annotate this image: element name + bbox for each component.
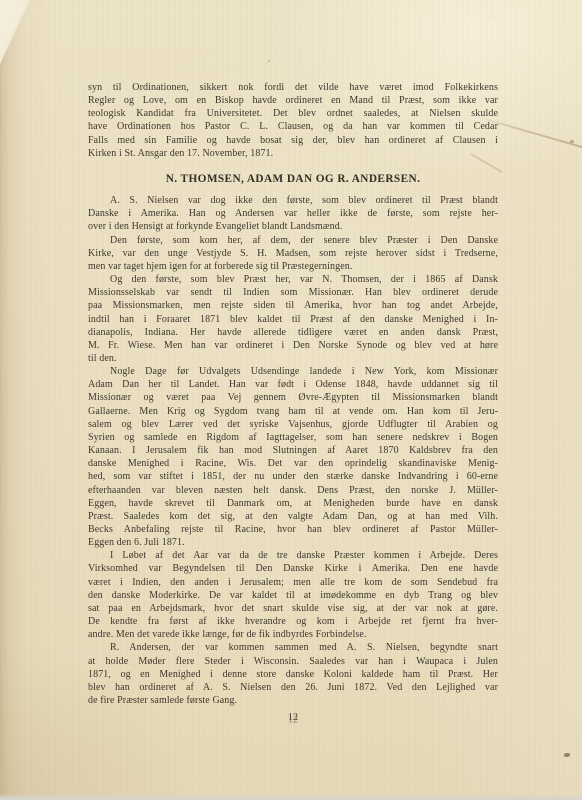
text-line: 1871, og en Menighed i denne store dansk…: [88, 668, 498, 681]
text-line: danske Menighed i Racine, Wis. Det var d…: [88, 457, 498, 470]
text-line: at holde Møder flere Steder i Wisconsin.…: [88, 655, 498, 668]
text-line: Gallaerne. Men Krig og Sygdom tvang ham …: [88, 405, 498, 418]
text-line: Regler og Love, om en Biskop havde ordin…: [88, 94, 498, 107]
text-line: syn til Ordinationen, sikkert nok fordi …: [88, 81, 498, 94]
text-line: Den første, som kom her, af dem, der sen…: [88, 234, 498, 247]
page-curl-top-left: [0, 0, 30, 64]
paper-speck: [570, 140, 574, 143]
paragraph: A. S. Nielsen var dog ikke den første, s…: [88, 194, 498, 233]
text-line: M. Fr. Wiese. Men han var ordineret i De…: [88, 339, 498, 352]
text-line: Missionsselskab var sendt til Indien som…: [88, 286, 498, 299]
scan-edge: [0, 794, 582, 800]
paragraph: I Løbet af det Aar var da de tre danske …: [88, 549, 498, 641]
paragraph: Den første, som kom her, af dem, der sen…: [88, 234, 498, 273]
paper-speck: [564, 753, 570, 757]
text-line: efterhaanden var bleven næsten helt dans…: [88, 484, 498, 497]
text-line: Nogle Dage før Udvalgets Udsendinge land…: [88, 365, 498, 378]
paragraph: syn til Ordinationen, sikkert nok fordi …: [88, 81, 498, 160]
text-line: paa Missionsmarken, men rejste siden til…: [88, 299, 498, 312]
text-line: men var taget hjem igen for at forberede…: [88, 260, 498, 273]
text-line: Eggen, havde skrevet til Danmark om, at …: [88, 497, 498, 510]
text-line: over i den Hensigt at forkynde Evangelie…: [88, 220, 498, 233]
text-line: Virksomhed var Begyndelsen til Den Dansk…: [88, 562, 498, 575]
text-line: dianapolis, Indiana. Her havde allerede …: [88, 326, 498, 339]
text-line: De kendte fra først af ikke hverandre og…: [88, 615, 498, 628]
text-line: hed, som var stiftet i 1851, der nu unde…: [88, 470, 498, 483]
text-line: Danske i Amerika. Han og Andersen var he…: [88, 207, 498, 220]
intro-paragraph-container: syn til Ordinationen, sikkert nok fordi …: [88, 81, 498, 160]
paragraph: Og den første, som blev Præst her, var N…: [88, 273, 498, 365]
paper-speck: [268, 60, 270, 62]
text-line: Missionær og været paa Vej gennem Øvre-Æ…: [88, 391, 498, 404]
text-line: Og den første, som blev Præst her, var N…: [88, 273, 498, 286]
text-line: de fire Præster samlede første Gang.: [88, 694, 498, 707]
text-line: den danske Moderkirke. De var kaldet til…: [88, 589, 498, 602]
text-line: Syrien og samlede en Rigdom af Iagttagel…: [88, 431, 498, 444]
text-line: været i Indien, den anden i Jerusalem; m…: [88, 576, 498, 589]
paragraph: Nogle Dage før Udvalgets Udsendinge land…: [88, 365, 498, 549]
text-line: Kirken i St. Ansgar den 17. November, 18…: [88, 147, 498, 160]
text-line: til den.: [88, 352, 498, 365]
section-heading: N. THOMSEN, ADAM DAN OG R. ANDERSEN.: [88, 173, 498, 186]
text-line: blev han ordineret af A. S. Nielsen den …: [88, 681, 498, 694]
text-line: teologisk Kandidat fra Universitetet. De…: [88, 107, 498, 120]
text-line: indtil han i Foraaret 1871 blev kaldet t…: [88, 313, 498, 326]
text-line: andre. Men det varede ikke længe, før de…: [88, 628, 498, 641]
text-line: sat paa en Arbejdsmark, hvor det snart s…: [88, 602, 498, 615]
text-line: Kanaan. I Jerusalem fik han mod Slutning…: [88, 444, 498, 457]
text-line: have Ordinationen hos Pastor C. L. Claus…: [88, 120, 498, 133]
text-line: Becks Anbefaling rejste til Racine, hvor…: [88, 523, 498, 536]
text-line: I Løbet af det Aar var da de tre danske …: [88, 549, 498, 562]
text-line: A. S. Nielsen var dog ikke den første, s…: [88, 194, 498, 207]
text-line: Eggen den 6. Juli 1871.: [88, 536, 498, 549]
text-line: Præst. Saaledes kom det sig, at den valg…: [88, 510, 498, 523]
text-line: Falls med sin Familie og havde bosat sig…: [88, 134, 498, 147]
page-number: 12: [88, 711, 498, 724]
text-line: salem og blev Lærer ved det syriske Vajs…: [88, 418, 498, 431]
text-line: Kirke, var den unge Vestjyde S. H. Madse…: [88, 247, 498, 260]
scanned-book-page: syn til Ordinationen, sikkert nok fordi …: [0, 0, 582, 800]
body-paragraphs-container: A. S. Nielsen var dog ikke den første, s…: [88, 194, 498, 707]
page-content: syn til Ordinationen, sikkert nok fordi …: [88, 81, 498, 724]
text-line: R. Andersen, der var kommen sammen med A…: [88, 641, 498, 654]
paragraph: R. Andersen, der var kommen sammen med A…: [88, 641, 498, 707]
text-line: Adam Dan her til Landet. Han var født i …: [88, 378, 498, 391]
